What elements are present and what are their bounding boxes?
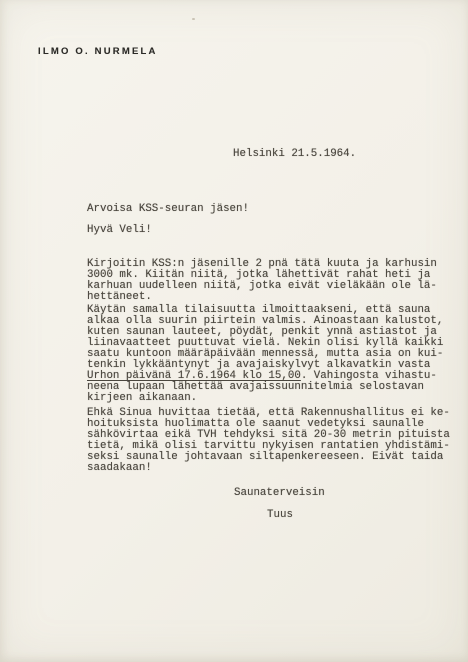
closing-phrase: Saunaterveisin <box>234 488 325 499</box>
date-line: Helsinki 21.5.1964. <box>233 149 356 160</box>
body-paragraph-3: Ehkä Sinua huvittaa tietää, että Rakennu… <box>87 408 450 474</box>
text-line: kirjeen aikanaan. <box>87 393 443 404</box>
salutation-brother: Hyvä Veli! <box>87 225 152 236</box>
text-line: hettäneet. <box>87 292 437 303</box>
letter-page: ILMO O. NURMELA Helsinki 21.5.1964. Arvo… <box>0 0 468 662</box>
body-paragraph-2: Käytän samalla tilaisuutta ilmoittaaksen… <box>87 305 443 404</box>
body-paragraph-1: Kirjoitin KSS:n jäsenille 2 pnä tätä kuu… <box>87 259 437 303</box>
signature-name: Tuus <box>267 510 293 521</box>
paper-speck <box>192 18 195 20</box>
salutation-member: Arvoisa KSS-seuran jäsen! <box>87 204 249 215</box>
text-line: saadakaan! <box>87 463 450 474</box>
letterhead-sender-name: ILMO O. NURMELA <box>38 46 158 57</box>
